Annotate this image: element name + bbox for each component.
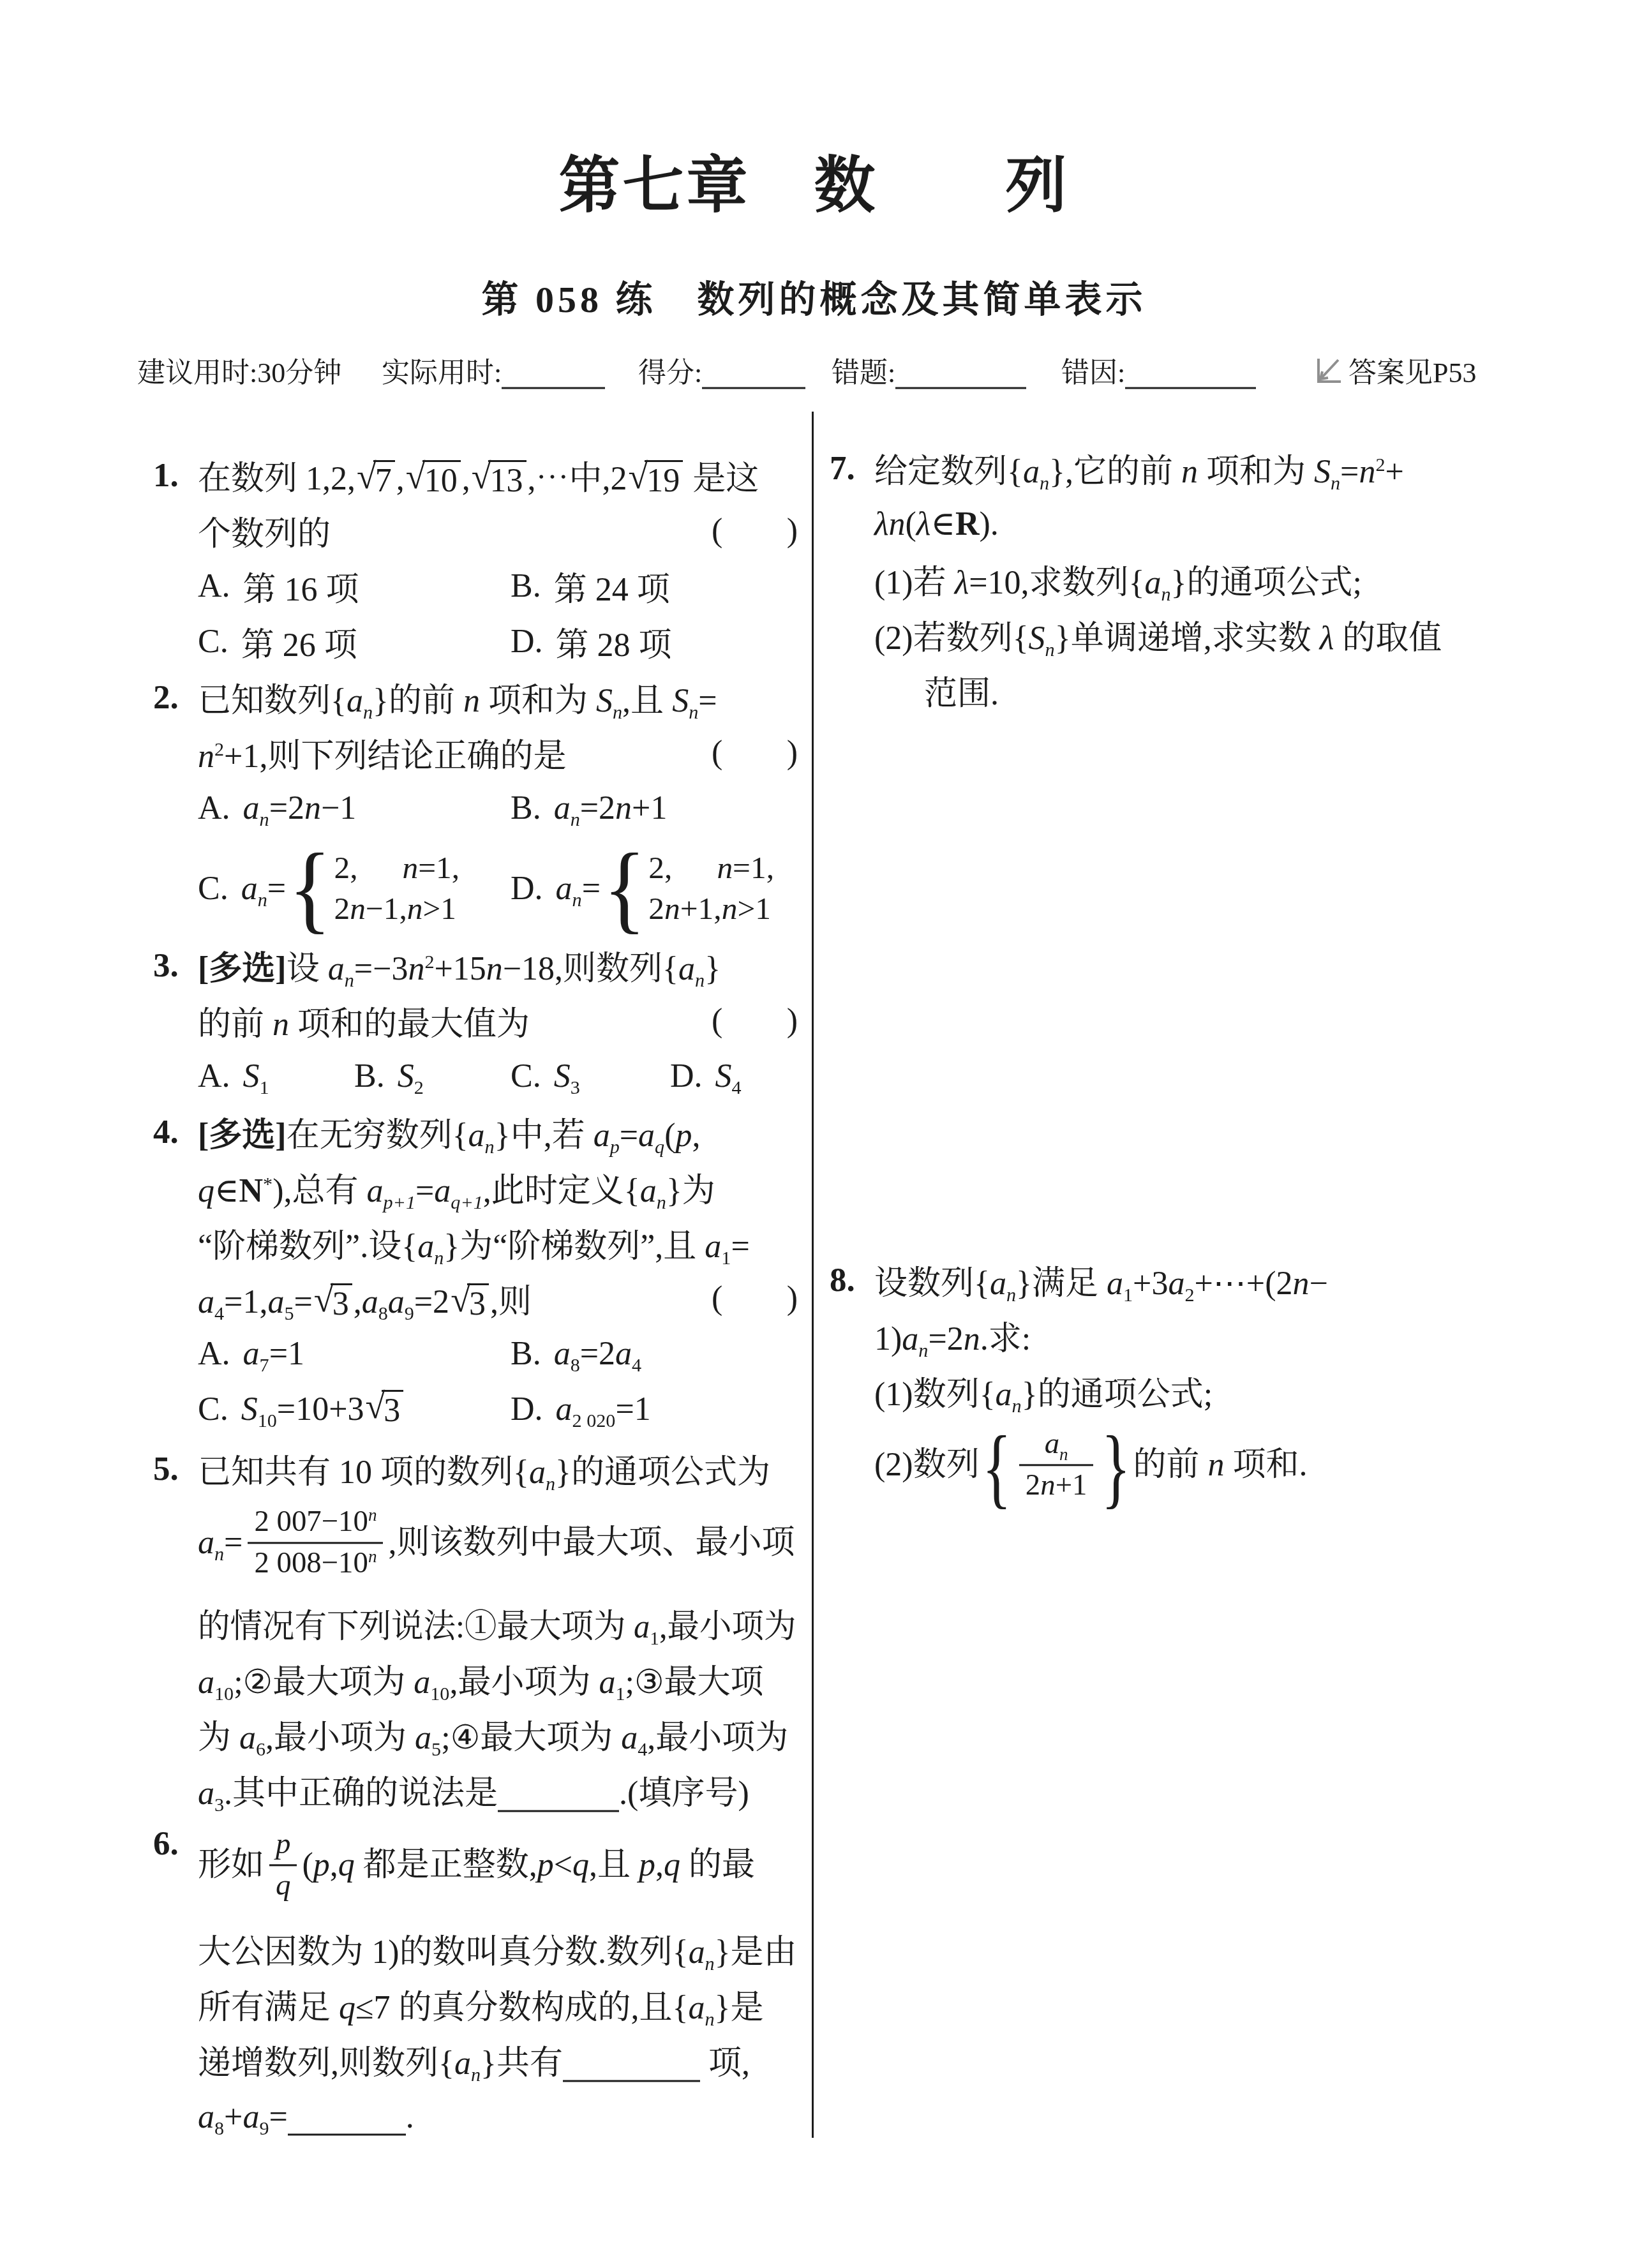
text: .求: xyxy=(980,1321,1031,1357)
text: 递增数列,则数列{ xyxy=(198,2045,454,2082)
problem-4-number: 4. xyxy=(153,1104,179,1160)
option-D: D.S4 xyxy=(670,1057,799,1095)
text: ,最小项为 xyxy=(449,1664,599,1701)
text: = xyxy=(415,1173,434,1209)
text: ,最小项为 xyxy=(659,1609,796,1645)
text: }的前 xyxy=(373,683,463,719)
problem-4-line-1: [多选]在无穷数列{an}中,若 ap=aq(p, xyxy=(198,1104,799,1160)
problem-2-line-1: 已知数列{an}的前 n 项和为 Sn,且 Sn= xyxy=(198,669,799,725)
text: 的前 xyxy=(1133,1447,1208,1483)
text: =1, xyxy=(733,851,774,885)
option-A: A.an=2n−1 xyxy=(198,789,511,827)
text: 已知数列{ xyxy=(198,683,347,719)
text: ). xyxy=(979,506,998,542)
text: =10+3 xyxy=(277,1391,364,1428)
math-var: q xyxy=(572,1847,589,1883)
bold-text: [多选] xyxy=(198,951,287,987)
text: ;②最大项为 xyxy=(234,1664,414,1701)
math-var: q xyxy=(338,1847,355,1883)
numerator: 2 007−10n xyxy=(248,1505,383,1542)
text: ,且 xyxy=(589,1847,639,1883)
problem-5-line-2: an=2 007−10n2 008−10n,则该数列中最大项、最小项 xyxy=(198,1496,799,1595)
subscripted-term: an xyxy=(243,789,269,827)
text: } xyxy=(705,951,721,987)
option-label: A. xyxy=(198,789,230,827)
problem-6-line-2: 大公因数为 1)的数叫真分数.数列{an}是由 xyxy=(198,1921,799,1976)
subscripted-term: a5 xyxy=(267,1284,294,1320)
text: (1)若 xyxy=(874,565,955,601)
text: ( xyxy=(302,1847,313,1883)
text: =2 xyxy=(928,1321,963,1357)
subscripted-term: a5 xyxy=(415,1720,441,1756)
option-label: B. xyxy=(511,789,541,827)
problem-2-number: 2. xyxy=(153,669,179,725)
column-divider xyxy=(812,412,814,2138)
math-var: λ xyxy=(916,506,931,542)
problem-5-line-1: 已知共有 10 项的数列{an}的通项公式为 xyxy=(198,1441,799,1496)
fill-in-blank xyxy=(498,1779,619,1812)
subscripted-term: S2 xyxy=(398,1057,424,1095)
sqrt-radical: √7 xyxy=(357,460,395,499)
text: }为“阶梯数列”,且 xyxy=(444,1228,705,1265)
problem-7-line-4: (2)若数列{Sn}单调递增,求实数 λ 的取值 xyxy=(874,607,1498,662)
text: 大公因数为 1)的数叫真分数.数列{ xyxy=(198,1934,689,1971)
radical-sign: √ xyxy=(357,459,377,495)
subscripted-term: S3 xyxy=(554,1057,580,1095)
text: 在无穷数列{ xyxy=(287,1117,468,1154)
problem-8-line-1: 设数列{an}满足 a1+3a2+⋯+(2n− xyxy=(874,1252,1498,1308)
text: +1, xyxy=(680,892,722,926)
option-label: D. xyxy=(511,1391,543,1428)
problem-4: 4.[多选]在无穷数列{an}中,若 ap=aq(p,q∈N*),总有 ap+1… xyxy=(147,1104,799,1437)
text: }为 xyxy=(666,1173,715,1209)
option-A: A.a7=1 xyxy=(198,1335,511,1373)
text: −1, xyxy=(366,892,407,926)
text: 2 xyxy=(334,892,350,926)
problem-2-options-row: A.an=2n−1B.an=2n+1 xyxy=(198,780,799,836)
text: =1, xyxy=(224,1284,267,1320)
problem-6-line-1: 形如pq(p,q 都是正整数,p<q,且 p,q 的最 xyxy=(198,1816,799,1921)
fraction: 2 007−10n2 008−10n xyxy=(248,1505,383,1581)
text: (2)若数列{ xyxy=(874,620,1029,657)
subscripted-term: a3 xyxy=(198,1775,224,1812)
case-row: 2,n=1, xyxy=(648,851,774,885)
superscripted-term: 10n xyxy=(338,1546,377,1579)
math-var: n xyxy=(1292,1265,1309,1302)
text: = xyxy=(582,870,601,907)
subscripted-term: an xyxy=(328,951,354,987)
text: = xyxy=(620,1117,638,1154)
math-var: n xyxy=(486,951,503,987)
subscripted-term: a4 xyxy=(621,1720,647,1756)
math-var: p xyxy=(639,1847,655,1883)
option-D: D.an={2,n=1,2n+1,n>1 xyxy=(511,848,799,929)
text: 第 26 项 xyxy=(241,618,357,666)
text: +3 xyxy=(1133,1265,1168,1302)
text: = xyxy=(294,1284,312,1320)
case-row: 2,n=1, xyxy=(334,851,459,885)
subscripted-term: a10 xyxy=(198,1664,234,1701)
option-label: D. xyxy=(511,623,543,660)
numerator: p xyxy=(269,1828,297,1865)
piecewise-cases: {2,n=1,2n+1,n>1 xyxy=(603,848,774,929)
answer-parentheses: () xyxy=(712,512,798,549)
problem-1-options-row: A.第 16 项B.第 24 项 xyxy=(198,558,799,614)
text: . xyxy=(406,2099,414,2135)
text: , xyxy=(330,1847,338,1883)
subscripted-term: an xyxy=(640,1173,666,1209)
column-left: 1.在数列 1,2,√7,√10,√13,⋯中,2√19 是这个数列的()A.第… xyxy=(147,0,799,2268)
subscripted-term: a4 xyxy=(615,1335,641,1373)
subscripted-term: an xyxy=(529,1454,555,1491)
text: 范围. xyxy=(924,676,999,712)
problem-2: 2.已知数列{an}的前 n 项和为 Sn,且 Sn=n2+1,则下列结论正确的… xyxy=(147,669,799,941)
text: = xyxy=(267,870,286,907)
text: }满足 xyxy=(1016,1265,1107,1302)
option-B: B.an=2n+1 xyxy=(511,789,799,827)
math-var: n xyxy=(1181,454,1198,490)
math-var: n xyxy=(463,683,480,719)
math-var: n xyxy=(1208,1447,1225,1483)
problem-4-line-4: a4=1,a5=√3,a8a9=2√3,则() xyxy=(198,1271,799,1326)
column-right: 7.给定数列{an},它的前 n 项和为 Sn=n2+λn(λ∈R).(1)若 … xyxy=(823,0,1498,2268)
option-label: D. xyxy=(670,1057,703,1095)
text: },它的前 xyxy=(1049,454,1181,490)
problem-7-line-5: 范围. xyxy=(874,662,1498,718)
text: }是 xyxy=(715,1990,764,2026)
text: 第 28 项 xyxy=(556,618,672,666)
math-var: q xyxy=(276,1869,290,1902)
radical-sign: √ xyxy=(406,459,426,495)
problem-8-line-3: (1)数列{an}的通项公式; xyxy=(874,1363,1498,1419)
text: }共有 xyxy=(481,2045,563,2082)
subscripted-term: an xyxy=(468,1117,495,1154)
text: −18,则数列{ xyxy=(503,951,678,987)
text: 的最 xyxy=(680,1847,755,1883)
text: 设数列{ xyxy=(874,1265,990,1302)
text: + xyxy=(224,2099,243,2135)
problem-2-body: 已知数列{an}的前 n 项和为 Sn,且 Sn=n2+1,则下列结论正确的是(… xyxy=(198,669,799,941)
problem-1-number: 1. xyxy=(153,447,179,503)
text: =−3 xyxy=(354,951,408,987)
subscripted-term: an xyxy=(689,1934,715,1971)
text: 2, xyxy=(648,851,672,885)
problem-7: 7.给定数列{an},它的前 n 项和为 Sn=n2+λn(λ∈R).(1)若 … xyxy=(823,440,1498,718)
problem-6: 6.形如pq(p,q 都是正整数,p<q,且 p,q 的最大公因数为 1)的数叫… xyxy=(147,1816,799,2143)
text: 项和为 xyxy=(480,683,596,719)
problem-7-line-1: 给定数列{an},它的前 n 项和为 Sn=n2+ xyxy=(874,440,1498,496)
math-var: p xyxy=(537,1847,554,1883)
text: 2, xyxy=(334,851,357,885)
text: ,此时定义{ xyxy=(483,1173,640,1209)
text: 1) xyxy=(874,1321,902,1357)
text: = xyxy=(224,1525,243,1561)
problem-7-line-2: λn(λ∈R). xyxy=(874,496,1498,551)
option-label: C. xyxy=(198,623,228,660)
subscripted-term: an xyxy=(990,1265,1016,1302)
text: ∈ xyxy=(214,1173,239,1209)
math-var: n xyxy=(1040,1468,1055,1502)
option-C: C.第 26 项 xyxy=(198,618,511,666)
subscripted-term: S4 xyxy=(715,1057,742,1095)
superscripted-term: n2 xyxy=(198,738,224,775)
subscripted-term: an xyxy=(417,1228,444,1265)
option-label: B. xyxy=(354,1057,385,1095)
math-var: n xyxy=(615,789,632,827)
text: 项和为 xyxy=(1198,454,1314,490)
problem-7-number: 7. xyxy=(830,440,855,496)
text: 项和的最大值为 xyxy=(289,1006,530,1043)
bold-text: [多选] xyxy=(198,1117,287,1154)
option-label: C. xyxy=(198,870,228,907)
problem-1: 1.在数列 1,2,√7,√10,√13,⋯中,2√19 是这个数列的()A.第… xyxy=(147,447,799,669)
problem-4-options-row: C.S10=10+3√3D.a2 020=1 xyxy=(198,1382,799,1437)
text: 2 008− xyxy=(254,1546,338,1579)
option-D: D.a2 020=1 xyxy=(511,1391,799,1428)
math-var: n xyxy=(350,892,366,926)
text: ( xyxy=(906,506,916,542)
text: 所有满足 xyxy=(198,1990,339,2026)
option-label: B. xyxy=(511,1335,541,1373)
answer-parentheses: () xyxy=(712,734,798,772)
math-var: q xyxy=(198,1173,214,1209)
text: ,则该数列中最大项、最小项 xyxy=(388,1525,795,1561)
problem-5-line-5: 为 a6,最小项为 a5;④最大项为 a4,最小项为 xyxy=(198,1706,799,1762)
text: 的前 xyxy=(198,1006,273,1043)
superscripted-term: n2 xyxy=(408,951,434,987)
text: }中,若 xyxy=(495,1117,594,1154)
subscripted-term: an xyxy=(1045,1428,1068,1461)
subscripted-term: an xyxy=(996,1376,1022,1413)
text: 的取值 xyxy=(1334,620,1442,657)
fill-in-blank xyxy=(563,2048,700,2082)
problem-1-body: 在数列 1,2,√7,√10,√13,⋯中,2√19 是这个数列的()A.第 1… xyxy=(198,447,799,669)
subscripted-term: Sn xyxy=(1314,454,1340,490)
text: 项和. xyxy=(1225,1447,1308,1483)
math-var: n xyxy=(273,1006,289,1043)
problem-7-line-3: (1)若 λ=10,求数列{an}的通项公式; xyxy=(874,551,1498,607)
text: 2 xyxy=(1026,1468,1040,1502)
worksheet-page: 第七章 数 列 第 058 练 数列的概念及其简单表示 建议用时:30分钟 实际… xyxy=(0,0,1628,2268)
cases-brace: { xyxy=(288,844,331,933)
problem-6-line-3: 所有满足 q≤7 的真分数构成的,且{an}是 xyxy=(198,1976,799,2032)
option-D: D.第 28 项 xyxy=(511,618,799,666)
subscripted-term: an xyxy=(902,1321,928,1357)
text: }的通项公式; xyxy=(1022,1376,1213,1413)
subscripted-term: a1 xyxy=(599,1664,625,1701)
text: 给定数列{ xyxy=(874,454,1023,490)
option-label: A. xyxy=(198,1335,230,1373)
text: }的通项公式; xyxy=(1171,565,1362,601)
answer-parentheses: () xyxy=(712,1002,798,1040)
text: 2 007− xyxy=(254,1505,338,1539)
text: 项, xyxy=(700,2045,750,2082)
math-var: p xyxy=(675,1117,692,1154)
text: (1)数列{ xyxy=(874,1376,996,1413)
text: ,⋯中,2 xyxy=(528,461,627,497)
problem-5-line-6: a3.其中正确的说法是.(填序号) xyxy=(198,1762,799,1817)
subscripted-term: an xyxy=(241,870,267,907)
text: +⋯+(2 xyxy=(1195,1265,1293,1302)
math-var: q xyxy=(664,1847,680,1883)
problem-8-body: 设数列{an}满足 a1+3a2+⋯+(2n−1)an=2n.求:(1)数列{a… xyxy=(874,1252,1498,1518)
math-var: n xyxy=(403,851,419,885)
problem-8-number: 8. xyxy=(830,1252,855,1308)
problem-8-line-4: (2)数列{an2n+1}的前 n 项和. xyxy=(874,1419,1498,1518)
fill-in-blank xyxy=(288,2102,406,2135)
superscripted-term: 10n xyxy=(338,1505,377,1539)
option-C: C.S3 xyxy=(511,1057,670,1095)
denominator: 2n+1 xyxy=(1019,1464,1094,1503)
math-var: n xyxy=(407,892,423,926)
text: =2 xyxy=(414,1284,449,1320)
subscripted-term: a8 xyxy=(362,1284,388,1320)
text: ,则 xyxy=(490,1284,532,1320)
text: , xyxy=(462,461,470,497)
option-B: B.第 24 项 xyxy=(511,562,799,610)
subscripted-term: aq+1 xyxy=(434,1173,483,1209)
text: +1 xyxy=(632,789,667,827)
subscripted-term: ap+1 xyxy=(366,1173,415,1209)
text: =2 xyxy=(580,1335,615,1373)
left-brace: { xyxy=(982,1428,1012,1509)
subscripted-term: a9 xyxy=(388,1284,414,1320)
answer-parentheses: () xyxy=(712,1279,798,1317)
subscripted-term: an xyxy=(347,683,373,719)
subscripted-term: a1 xyxy=(705,1228,731,1265)
subscripted-term: Sn xyxy=(672,683,698,719)
sqrt-radical: √13 xyxy=(472,460,526,499)
math-var: λ xyxy=(1320,620,1334,657)
subscripted-term: a6 xyxy=(239,1720,265,1756)
text: =1 xyxy=(615,1391,650,1428)
problem-2-options-row: C.an={2,n=1,2n−1,n>1D.an={2,n=1,2n+1,n>1 xyxy=(198,836,799,941)
text: = xyxy=(731,1228,749,1265)
subscripted-term: aq xyxy=(638,1117,664,1154)
text: =1 xyxy=(269,1335,304,1373)
subscripted-term: a2 xyxy=(1168,1265,1194,1302)
problem-8-line-2: 1)an=2n.求: xyxy=(874,1308,1498,1363)
text: ≤7 的真分数构成的,且{ xyxy=(355,1990,689,2026)
subscripted-term: a1 xyxy=(1107,1265,1133,1302)
text: , xyxy=(655,1847,664,1883)
subscripted-term: a8 xyxy=(198,2099,224,2135)
text: ( xyxy=(664,1117,675,1154)
problem-2-line-2: n2+1,则下列结论正确的是() xyxy=(198,725,799,780)
text: < xyxy=(554,1847,572,1883)
text: 已知共有 10 项的数列{ xyxy=(198,1454,529,1491)
math-var: q xyxy=(339,1990,355,2026)
option-label: C. xyxy=(511,1057,541,1095)
problem-6-body: 形如pq(p,q 都是正整数,p<q,且 p,q 的最大公因数为 1)的数叫真分… xyxy=(198,1816,799,2143)
cases-brace: { xyxy=(603,844,646,933)
text: +15 xyxy=(434,951,486,987)
text: + xyxy=(1385,454,1404,490)
text: 在数列 1,2, xyxy=(198,461,355,497)
problem-1-options-row: C.第 26 项D.第 28 项 xyxy=(198,614,799,669)
text: }是由 xyxy=(715,1934,797,1971)
problem-4-options-row: A.a7=1B.a8=2a4 xyxy=(198,1326,799,1382)
text: .(填序号) xyxy=(619,1775,749,1812)
option-C: C.an={2,n=1,2n−1,n>1 xyxy=(198,848,511,929)
problem-4-line-3: “阶梯数列”.设{an}为“阶梯数列”,且 a1= xyxy=(198,1215,799,1271)
text: >1 xyxy=(423,892,457,926)
text: }的通项公式为 xyxy=(555,1454,770,1491)
problem-4-body: [多选]在无穷数列{an}中,若 ap=aq(p,q∈N*),总有 ap+1=a… xyxy=(198,1104,799,1437)
superscripted-term: N* xyxy=(239,1173,273,1209)
text: =2 xyxy=(269,789,304,827)
fraction: an2n+1 xyxy=(1019,1428,1094,1503)
problem-5-line-3: 的情况有下列说法:①最大项为 a1,最小项为 xyxy=(198,1595,799,1651)
subscripted-term: a8 xyxy=(554,1335,580,1373)
radical-sign: √ xyxy=(314,1282,334,1318)
problem-4-line-2: q∈N*),总有 ap+1=aq+1,此时定义{an}为 xyxy=(198,1160,799,1215)
text: ;③最大项 xyxy=(625,1664,763,1701)
option-A: A.S1 xyxy=(198,1057,354,1095)
problem-3: 3.[多选]设 an=−3n2+15n−18,则数列{an}的前 n 项和的最大… xyxy=(147,937,799,1104)
text: ;④最大项为 xyxy=(441,1720,621,1756)
piecewise-cases: {2,n=1,2n−1,n>1 xyxy=(288,848,459,929)
text: =2 xyxy=(580,789,615,827)
problem-5-line-4: a10;②最大项为 a10,最小项为 a1;③最大项 xyxy=(198,1651,799,1706)
subscripted-term: ap xyxy=(594,1117,620,1154)
problem-3-line-2: 的前 n 项和的最大值为() xyxy=(198,993,799,1048)
text: +1,则下列结论正确的是 xyxy=(224,738,566,775)
problem-3-number: 3. xyxy=(153,937,179,993)
text: =10,求数列{ xyxy=(969,565,1144,601)
problem-5: 5.已知共有 10 项的数列{an}的通项公式为an=2 007−10n2 00… xyxy=(147,1441,799,1817)
text: 第 24 项 xyxy=(554,562,670,610)
text: ,且 xyxy=(622,683,672,719)
subscripted-term: a7 xyxy=(243,1335,269,1373)
text: =1, xyxy=(418,851,459,885)
text: − xyxy=(1309,1265,1327,1302)
subscripted-term: a1 xyxy=(634,1609,659,1645)
math-var: n xyxy=(964,1321,980,1357)
text: = xyxy=(1340,454,1359,490)
text: 2 xyxy=(648,892,664,926)
subscripted-term: an xyxy=(198,1525,224,1561)
problem-3-options-row: A.S1B.S2C.S3D.S4 xyxy=(198,1048,799,1104)
text: , xyxy=(692,1117,700,1154)
math-var: n xyxy=(717,851,733,885)
text: (2)数列 xyxy=(874,1447,980,1483)
text: 的情况有下列说法:①最大项为 xyxy=(198,1609,634,1645)
text: ,最小项为 xyxy=(265,1720,415,1756)
problem-5-number: 5. xyxy=(153,1441,179,1496)
problem-3-body: [多选]设 an=−3n2+15n−18,则数列{an}的前 n 项和的最大值为… xyxy=(198,937,799,1104)
radical-sign: √ xyxy=(451,1282,470,1318)
subscripted-term: a2 020 xyxy=(556,1391,616,1428)
text: 为 xyxy=(198,1720,239,1756)
text: “阶梯数列”.设{ xyxy=(198,1228,417,1265)
problem-6-line-5: a8+a9=. xyxy=(198,2087,799,2143)
sqrt-radical: √10 xyxy=(406,460,461,499)
math-var: p xyxy=(276,1828,290,1861)
text: 都是正整数, xyxy=(355,1847,537,1883)
subscripted-term: S1 xyxy=(243,1057,269,1095)
fraction: pq xyxy=(269,1828,297,1904)
option-B: B.a8=2a4 xyxy=(511,1335,799,1373)
subscripted-term: a10 xyxy=(414,1664,449,1701)
math-var: n xyxy=(664,892,680,926)
option-B: B.S2 xyxy=(354,1057,511,1095)
subscripted-term: an xyxy=(678,951,705,987)
subscripted-term: an xyxy=(556,870,582,907)
sqrt-radical: √19 xyxy=(629,460,683,499)
radical-sign: √ xyxy=(629,459,648,495)
text: , xyxy=(396,461,405,497)
